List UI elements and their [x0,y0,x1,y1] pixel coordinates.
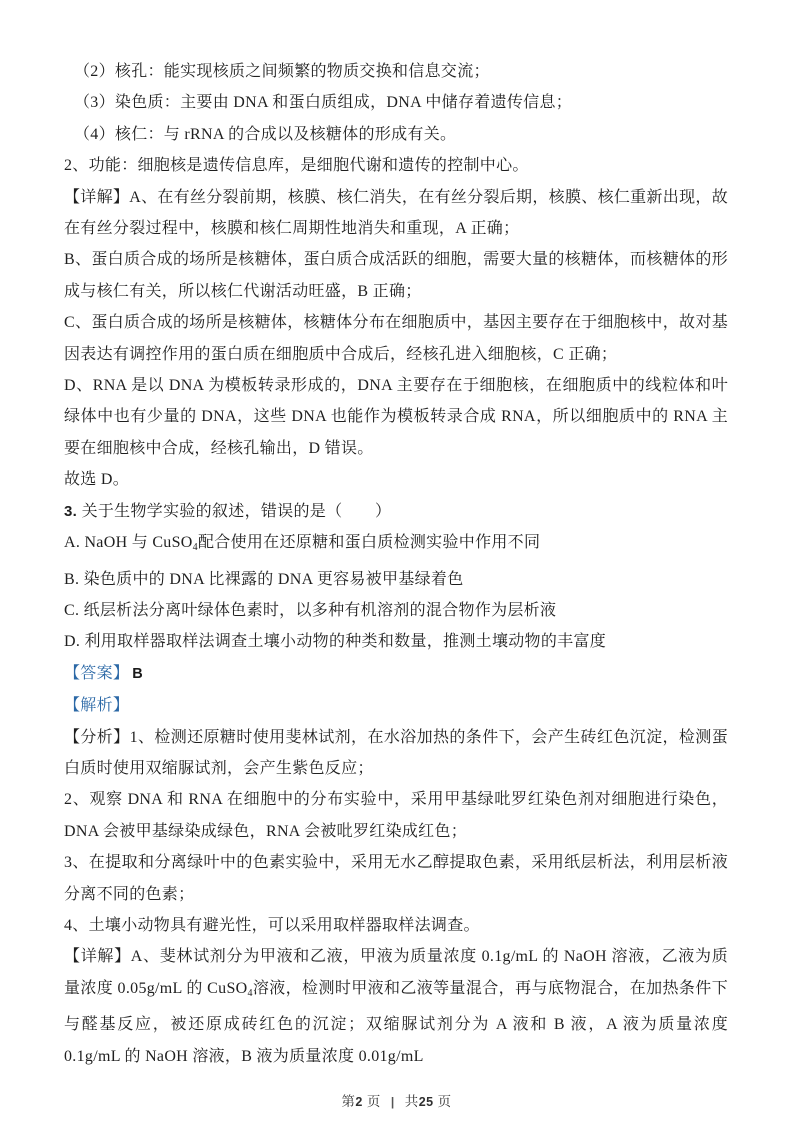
text-run: B. 染色质中的 DNA 比裸露的 DNA 更容易被甲基绿着色 [64,571,464,588]
nucleus-structure-point-3: （3）染色质：主要由 DNA 和蛋白质组成，DNA 中储存着遗传信息； [64,87,728,118]
q3-analysis-label: 【解析】 [64,690,728,721]
q3-analysis-point-4: 4、土壤小动物具有避光性，可以采用取样器取样法调查。 [64,910,728,941]
q2-conclusion: 故选 D。 [64,464,728,495]
q3-option-a: A. NaOH 与 CuSO4配合使用在还原糖和蛋白质检测实验中作用不同 [64,527,728,563]
document-page: （2）核孔：能实现核质之间频繁的物质交换和信息交流；（3）染色质：主要由 DNA… [0,0,793,1122]
footer-total-unit: 页 [438,1094,452,1109]
nucleus-structure-point-4: （4）核仁：与 rRNA 的合成以及核糖体的形成有关。 [64,119,728,150]
text-run: 3、在提取和分离绿叶中的色素实验中，采用无水乙醇提取色素，采用纸层析法，利用层析… [64,854,728,902]
text-run: 配合使用在还原糖和蛋白质检测实验中作用不同 [198,534,540,551]
q3-option-d: D. 利用取样器取样法调查土壤小动物的种类和数量，推测土壤动物的丰富度 [64,626,728,657]
q3-option-c: C. 纸层析法分离叶绿体色素时，以多种有机溶剂的混合物作为层析液 [64,595,728,626]
footer-page-unit: 页 [367,1094,381,1109]
text-run: （2）核孔：能实现核质之间频繁的物质交换和信息交流； [74,63,490,80]
text-run: 【详解】A、在有丝分裂前期，核膜、核仁消失，在有丝分裂后期，核膜、核仁重新出现，… [64,189,728,237]
q2-detail-option-b: B、蛋白质合成的场所是核糖体，蛋白质合成活跃的细胞，需要大量的核糖体，而核糖体的… [64,244,728,307]
footer-page-number: 2 [355,1095,362,1109]
text-run: C. 纸层析法分离叶绿体色素时，以多种有机溶剂的混合物作为层析液 [64,602,556,619]
document-body: （2）核孔：能实现核质之间频繁的物质交换和信息交流；（3）染色质：主要由 DNA… [64,56,728,1072]
q3-analysis-point-2: 2、观察 DNA 和 RNA 在细胞中的分布实验中，采用甲基绿吡罗红染色剂对细胞… [64,784,728,847]
q3-detail-option-a: 【详解】A、斐林试剂分为甲液和乙液，甲液为质量浓度 0.1g/mL 的 NaOH… [64,941,728,1072]
q2-detail-option-a: 【详解】A、在有丝分裂前期，核膜、核仁消失，在有丝分裂后期，核膜、核仁重新出现，… [64,182,728,245]
text-run: D. 利用取样器取样法调查土壤小动物的种类和数量，推测土壤动物的丰富度 [64,633,606,650]
q3-option-b: B. 染色质中的 DNA 比裸露的 DNA 更容易被甲基绿着色 [64,564,728,595]
text-run: （4）核仁：与 rRNA 的合成以及核糖体的形成有关。 [74,126,456,143]
section-label: 【解析】 [64,697,129,714]
text-run: B [132,666,143,682]
text-run: 关于生物学实验的叙述，错误的是（ ） [82,503,392,520]
q3-analysis-point-3: 3、在提取和分离绿叶中的色素实验中，采用无水乙醇提取色素，采用纸层析法，利用层析… [64,847,728,910]
text-run: A. NaOH 与 CuSO [64,534,193,551]
text-run: 【分析】1、检测还原糖时使用斐林试剂，在水浴加热的条件下，会产生砖红色沉淀，检测… [64,729,728,777]
q3-answer: 【答案】B [64,658,728,690]
text-run: 2、观察 DNA 和 RNA 在细胞中的分布实验中，采用甲基绿吡罗红染色剂对细胞… [64,791,728,839]
q2-detail-option-c: C、蛋白质合成的场所是核糖体，核糖体分布在细胞质中，基因主要存在于细胞核中，故对… [64,307,728,370]
nucleus-function-point: 2、功能：细胞核是遗传信息库，是细胞代谢和遗传的控制中心。 [64,150,728,181]
nucleus-structure-point-2: （2）核孔：能实现核质之间频繁的物质交换和信息交流； [64,56,728,87]
text-run: 3. [64,503,82,520]
footer-page-prefix: 第 [341,1094,355,1109]
q3-analysis-point-1: 【分析】1、检测还原糖时使用斐林试剂，在水浴加热的条件下，会产生砖红色沉淀，检测… [64,722,728,785]
text-run: 2、功能：细胞核是遗传信息库，是细胞代谢和遗传的控制中心。 [64,157,529,174]
text-run: 4、土壤小动物具有避光性，可以采用取样器取样法调查。 [64,917,480,934]
footer-total-number: 25 [419,1095,434,1109]
text-run: D、RNA 是以 DNA 为模板转录形成的，DNA 主要存在于细胞核，在细胞质中… [64,377,728,457]
q2-detail-option-d: D、RNA 是以 DNA 为模板转录形成的，DNA 主要存在于细胞核，在细胞质中… [64,370,728,464]
text-run: B、蛋白质合成的场所是核糖体，蛋白质合成活跃的细胞，需要大量的核糖体，而核糖体的… [64,251,728,299]
section-label: 【答案】 [64,665,129,682]
page-footer: 第2页|共25页 [0,1090,793,1110]
text-run: （3）染色质：主要由 DNA 和蛋白质组成，DNA 中储存着遗传信息； [74,94,572,111]
footer-total-prefix: 共 [405,1094,419,1109]
q3-stem: 3. 关于生物学实验的叙述，错误的是（ ） [64,496,728,527]
footer-separator: | [391,1095,395,1109]
text-run: 故选 D。 [64,471,129,488]
text-run: C、蛋白质合成的场所是核糖体，核糖体分布在细胞质中，基因主要存在于细胞核中，故对… [64,314,728,362]
